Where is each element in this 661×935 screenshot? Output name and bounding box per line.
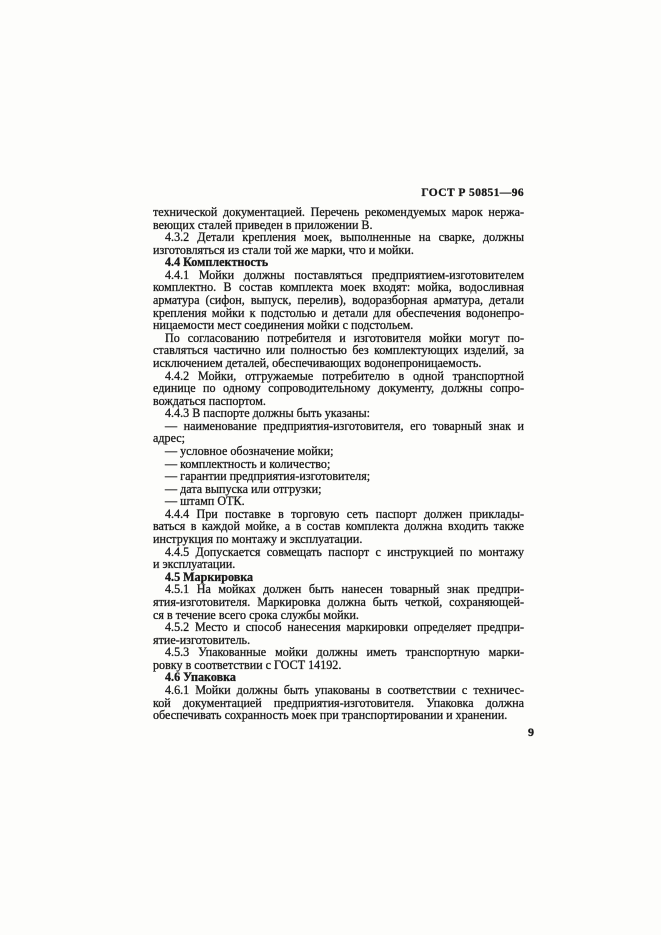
- page-number: 9: [153, 726, 534, 739]
- text-line: и эксплуатации.: [153, 558, 524, 571]
- document-code-header: ГОСТ Р 50851—96: [153, 187, 524, 200]
- text-line: 4.3.2 Детали крепления моек, выполненные…: [153, 231, 524, 244]
- text-line: 4.5.2 Место и способ нанесения маркировк…: [153, 621, 524, 634]
- scanned-document-page: ГОСТ Р 50851—96 технической документацие…: [0, 0, 661, 935]
- text-line: ятия-изготовителя. Маркировка должна быт…: [153, 596, 524, 609]
- text-line: 4.4.3 В паспорте должны быть указаны:: [153, 407, 524, 420]
- text-line: — наименование предприятия-изготовителя,…: [153, 420, 524, 433]
- text-line: 4.5.3 Упакованные мойки должны иметь тра…: [153, 646, 524, 659]
- text-line: 4.6.1 Мойки должны быть упакованы в соот…: [153, 684, 524, 697]
- text-line: арматура (сифон, выпуск, перелив), водор…: [153, 294, 524, 307]
- text-line: технической документацией. Перечень реко…: [153, 206, 524, 219]
- text-line: ницаемости мест соединения мойки с подст…: [153, 319, 524, 332]
- document-body: технической документацией. Перечень реко…: [153, 206, 524, 722]
- text-line: — штамп ОТК.: [153, 495, 524, 508]
- text-line: — условное обозначение мойки;: [153, 445, 524, 458]
- text-line: инструкция по монтажу и эксплуатации.: [153, 533, 524, 546]
- text-line: — гарантии предприятия-изготовителя;: [153, 470, 524, 483]
- section-heading-line: 4.4 Комплектность: [153, 256, 524, 269]
- text-line: исключением деталей, обеспечивающих водо…: [153, 357, 524, 370]
- text-line: единице по одному сопроводительному доку…: [153, 382, 524, 395]
- text-line: обеспечивать сохранность моек при трансп…: [153, 709, 524, 722]
